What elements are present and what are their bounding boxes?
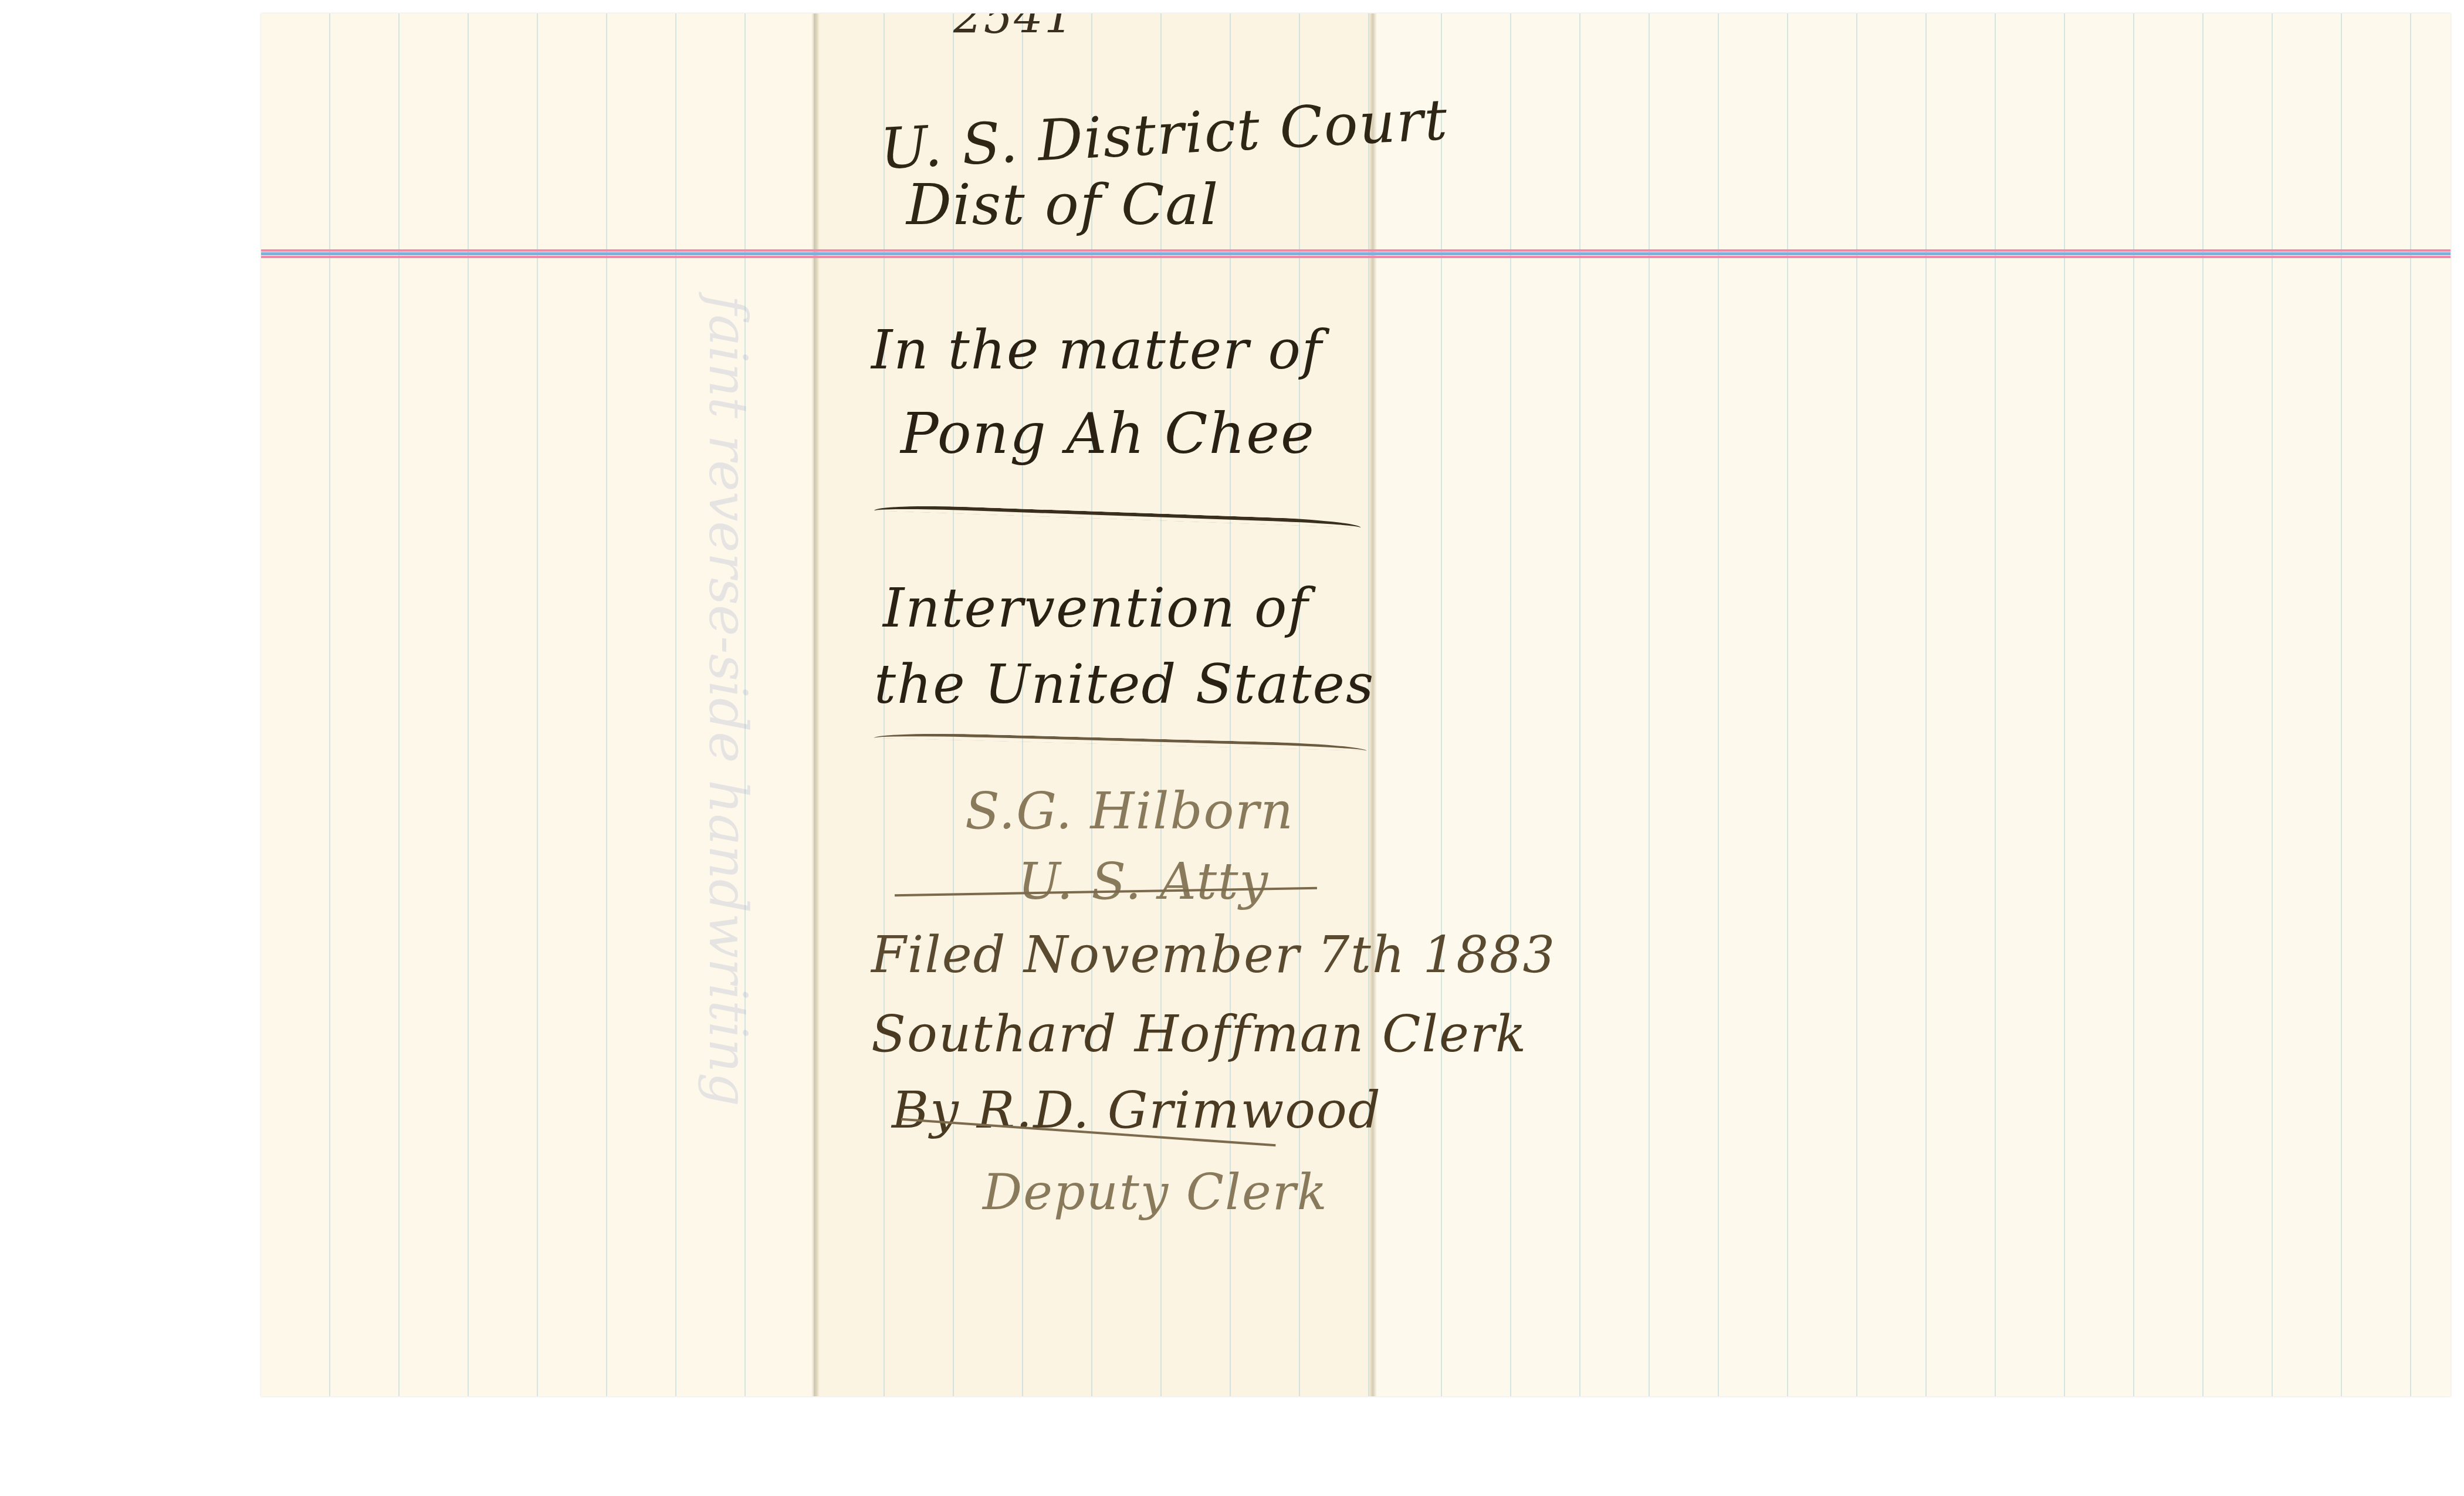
fold-crease-left [811, 13, 820, 1396]
deputy-title: Deputy Clerk [983, 1163, 1328, 1221]
header-margin-line [261, 249, 2451, 259]
clerk-signature: Southard Hoffman Clerk [871, 1005, 1527, 1064]
margin-line-blue [261, 252, 2451, 255]
margin-line-pink-top [261, 249, 2451, 252]
left-panel: faint reverse-side handwriting [261, 13, 815, 1396]
attorney-title: U. S. Atty [1018, 852, 1269, 911]
filing-title-line-2: the United States [874, 653, 1375, 716]
attorney-signature: S.G. Hilborn [965, 782, 1294, 841]
right-panel [1373, 13, 2451, 1396]
ruling-lines [1373, 13, 2451, 1396]
margin-line-pink-bottom [261, 256, 2451, 258]
filed-date: Filed November 7th 1883 [871, 926, 1556, 984]
matter-line-1: In the matter of [871, 319, 1323, 381]
document-paper: faint reverse-side handwriting 2541 U. S… [261, 13, 2451, 1396]
matter-party-name: Pong Ah Chee [901, 401, 1315, 466]
docket-number: 2541 [953, 13, 1075, 44]
bleed-through-text: faint reverse-side handwriting [396, 295, 771, 1116]
deputy-signature: By R.D. Grimwood [892, 1081, 1382, 1140]
filing-title-line-1: Intervention of [883, 577, 1309, 639]
district-name: Dist of Cal [906, 172, 1219, 238]
